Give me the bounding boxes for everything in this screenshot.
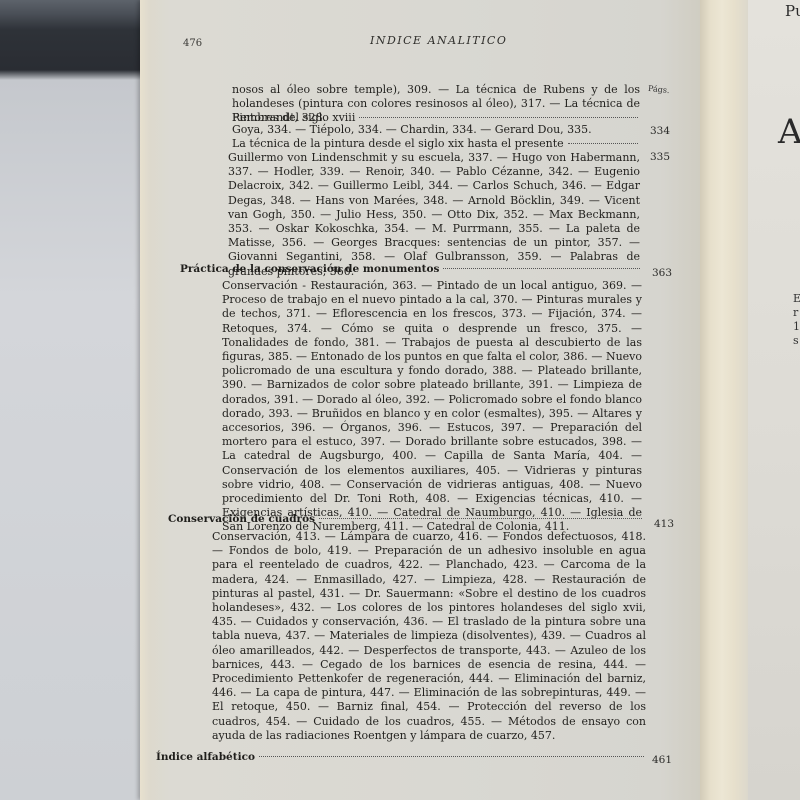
section-page-number: 363 <box>652 267 672 279</box>
dot-leader <box>259 756 644 757</box>
section-title: Índice alfabético <box>156 751 255 763</box>
subsection-page-number: 335 <box>650 151 670 163</box>
index-page-content: 476 INDICE ANALITICO Págs. nosos al óleo… <box>0 0 800 800</box>
dot-leader <box>319 518 642 519</box>
section-heading[interactable]: Práctica de la conservación de monumento… <box>180 263 644 275</box>
dot-leader <box>443 268 640 269</box>
index-entry-paragraph: Guillermo von Lindenschmit y su escuela,… <box>228 151 640 279</box>
section-heading[interactable]: Índice alfabético <box>156 751 648 763</box>
dot-leader <box>359 117 638 118</box>
subsection-page-number: 334 <box>650 125 670 137</box>
subsection-heading: La técnica de la pintura desde el siglo … <box>232 137 642 150</box>
section-title: Práctica de la conservación de monumento… <box>180 263 439 275</box>
subsection-title: La técnica de la pintura desde el siglo … <box>232 137 564 150</box>
index-entry-paragraph: Goya, 334. — Tiépolo, 334. — Chardin, 33… <box>232 123 640 137</box>
section-page-number: 413 <box>654 518 674 530</box>
running-title: INDICE ANALITICO <box>370 34 507 47</box>
section-heading[interactable]: Conservación de cuadros <box>168 513 646 525</box>
pages-column-label: Págs. <box>648 84 670 95</box>
dot-leader <box>568 143 638 144</box>
section-body: Conservación, 413. — Lámpara de cuarzo, … <box>212 530 646 743</box>
section-body: Conservación - Restauración, 363. — Pint… <box>222 279 642 535</box>
section-title: Conservación de cuadros <box>168 513 315 525</box>
page-number: 476 <box>183 38 202 49</box>
section-page-number: 461 <box>652 754 672 766</box>
